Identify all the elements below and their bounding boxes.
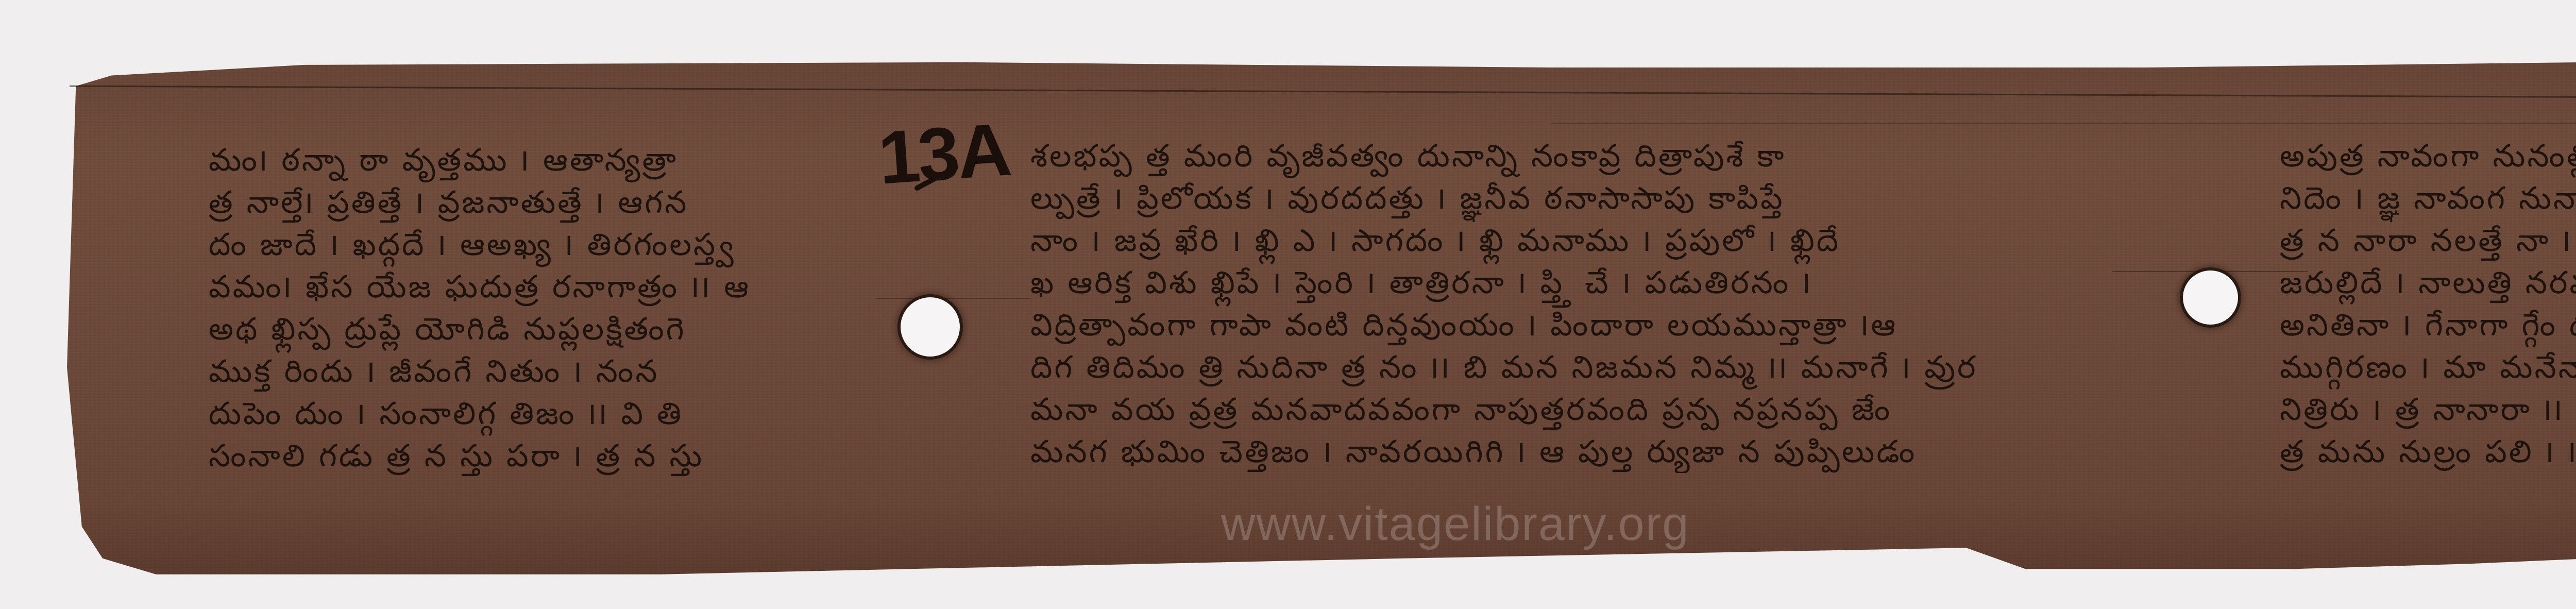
manuscript-line: అథ ఖ్లిస్ప ద్రుప్లే యోగిడి నుప్లలక్షితంగ… — [209, 308, 848, 350]
manuscript-line: నిదెం ౹ జ్ఞ నావంగ నునాద్రేర్త ల నప్ప మా … — [2280, 177, 2576, 219]
manuscript-line: త్ర మను నుల్రం పలి ౹ ౹ ర తఅత్రిరమం ౹ పిన… — [2280, 431, 2576, 473]
manuscript-line: అనితినా ౹ గేనాగా గ్గేం దుం ౹ గ ము నాత్రా… — [2280, 304, 2576, 346]
manuscript-line: ఖ ఆరిక్త విశు ఖ్లిపే ౹ స్తెంరి ౹ తాత్రిర… — [1030, 262, 2107, 304]
manuscript-line: జరుల్లిదే ౹ నాలుత్తి నరమ మనుద ౹౹ ఖి — [2280, 262, 2576, 304]
manuscript-line: మనగ భుమిం చెత్తిజం ౹ నావరయిగిగి ౹ ఆ పుల్… — [1030, 431, 2107, 473]
manuscript-line: మం౹ ఠన్నా ఠా వృత్తము ౹ ఆతాన్యత్రా — [209, 139, 848, 181]
text-column-left: మం౹ ఠన్నా ఠా వృత్తము ౹ ఆతాన్యత్రా త్ర నా… — [209, 139, 848, 477]
manuscript-line: నాం ౹ జవ్ర ఖేరి ౹ ఖ్లి ఎ ౹ సాగదం ౹ ఖ్లి … — [1030, 219, 2107, 262]
binding-hole-right — [2183, 270, 2238, 325]
manuscript-line: సంనాలి గడు త్ర న స్తు పరా ౹ త్ర న స్తు — [209, 435, 848, 477]
manuscript-line: శలభప్ప త్త మంరి వృజీవత్వం దునాన్ని నంకావ… — [1030, 135, 2107, 177]
manuscript-line: ముక్త రిందు ౹ జీవంగే నితుం ౹ నంన — [209, 350, 848, 393]
manuscript-line: దుపెం దుం ౹ సంనాలిగ్గ తిజం ౹౹ వి తి — [209, 393, 848, 435]
manuscript-line: విద్రిత్పావంగా గాపా వంటి దిన్తవుంయం ౹ పి… — [1030, 304, 2107, 346]
text-column-middle: శలభప్ప త్త మంరి వృజీవత్వం దునాన్ని నంకావ… — [1030, 135, 2107, 473]
manuscript-line: వమం౹ ఖేస యేజ ఘదుత్ర రనాగాత్రం ౹౹ ఆ — [209, 266, 848, 308]
library-watermark: www.vitagelibrary.org — [1221, 497, 1690, 551]
text-column-right: అపుత్ర నావంగా నునంత్లిదర్మిప్తేత్రలగనా న… — [2280, 135, 2576, 473]
manuscript-line: త్ర నాల్తే౹ ప్రతిత్తే ౹ వ్రజనాతుత్తే ౹ ఆ… — [209, 181, 848, 224]
manuscript-line: మనా వయ వ్రత్ర మనవాదవవంగా నాపుత్తరవంది ప్… — [1030, 388, 2107, 431]
manuscript-line: అపుత్ర నావంగా నునంత్లిదర్మిప్తేత్రలగనా — [2280, 135, 2576, 177]
manuscript-line: త్ర న నారా నలత్తే నా ౹ ౹ రర రి ర ప్రిర — [2280, 219, 2576, 262]
manuscript-line: ల్పుత్రే ౹ ప్రిలోయక ౹ వురదదత్తు ౹ జ్ఞనీవ… — [1030, 177, 2107, 219]
hole-ruling-line-left — [876, 298, 1030, 299]
inner-ruling-line — [1551, 123, 2576, 124]
manuscript-line: దిగ తిదిమం త్రి నుదినా త్ర నం ౹౹ బి మన న… — [1030, 346, 2107, 388]
binding-hole-left — [901, 297, 960, 357]
manuscript-line: ముగ్గిరణం ౹ మా మనేనా ౹ మ నత్రాల్ల — [2280, 346, 2576, 388]
manuscript-line: నిత్రిరు ౹ త్ర నానారా ౹౹ గ్ర ౦ నా తిక ౹ — [2280, 388, 2576, 431]
folio-number: 13A — [875, 106, 1012, 201]
manuscript-line: దం జాదే ౹ ఖద్గదే ౹ ఆఅఖ్య ౹ తిరగంలస్త్వ — [209, 224, 848, 266]
